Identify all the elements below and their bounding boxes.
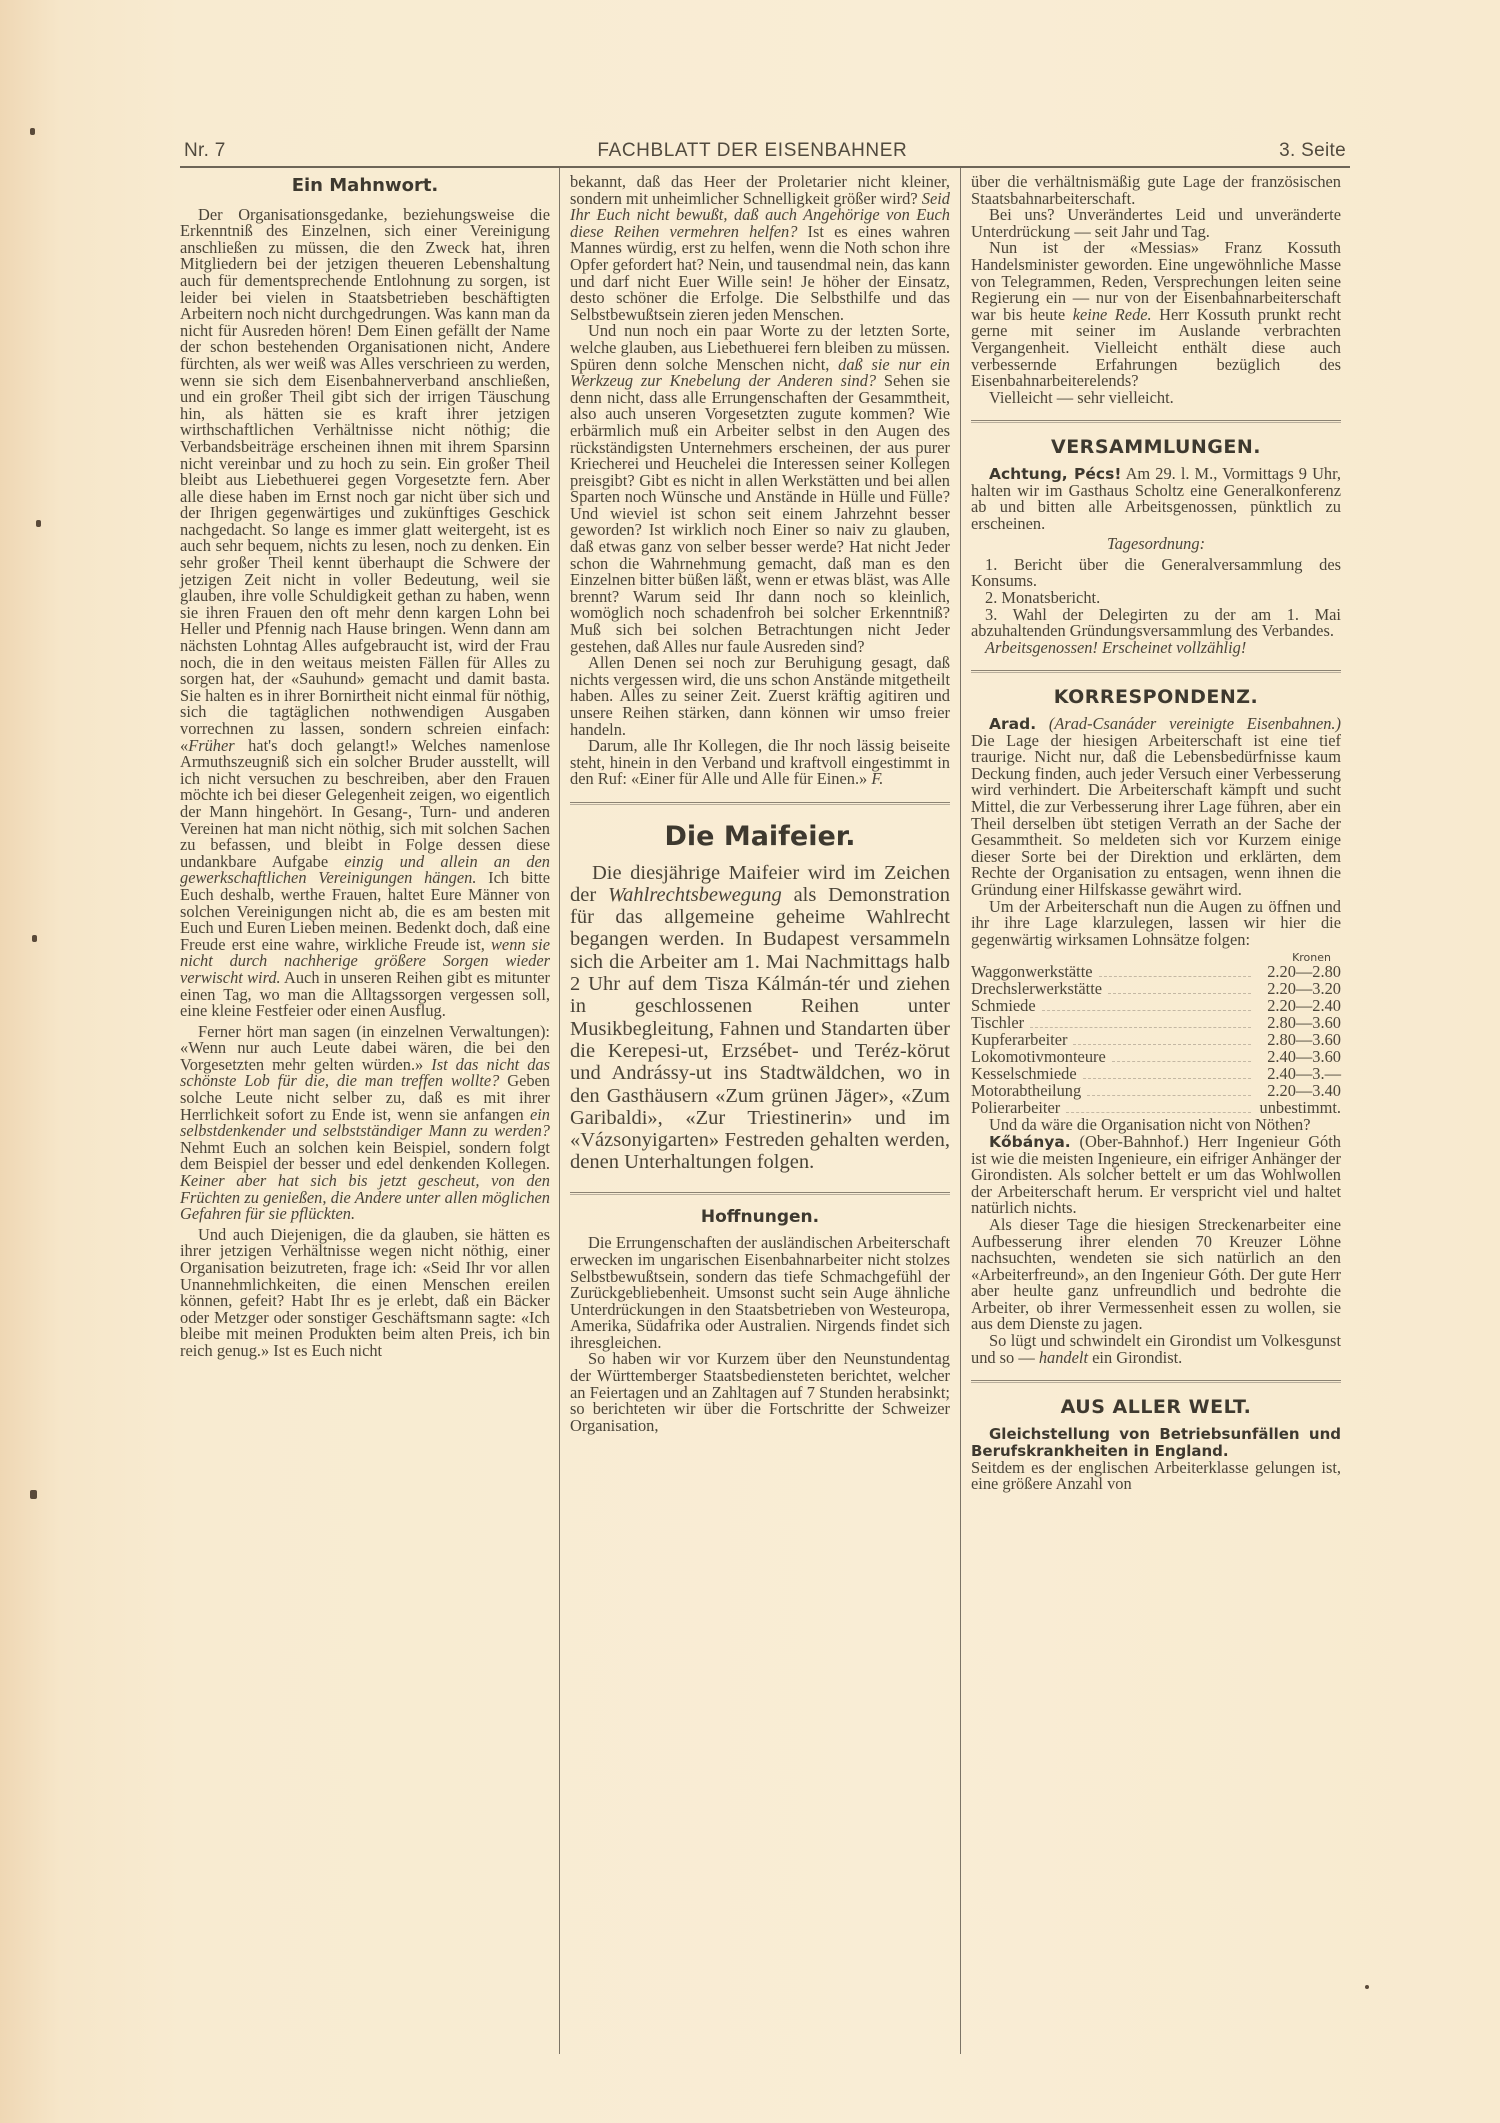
section-title-aus-aller-welt: AUS ALLER WELT. xyxy=(971,1399,1341,1416)
column-right: über die verhältnismäßig gute Lage der f… xyxy=(961,168,1341,2069)
correspondence-paragraph: Kőbánya. (Ober-Bahnhof.) Herr Ingenieur … xyxy=(971,1134,1341,1217)
publication-title: FACHBLATT DER EISENBAHNER xyxy=(597,140,907,162)
article-paragraph: Allen Denen sei noch zur Beruhigung gesa… xyxy=(570,655,950,738)
article-paragraph: Der Organisationsgedanke, beziehungsweis… xyxy=(180,207,550,1020)
article-paragraph: Nun ist der «Messias» Franz Kossuth Hand… xyxy=(971,240,1341,389)
article-title-mahnwort: Ein Mahnwort. xyxy=(180,178,550,195)
margin-speck xyxy=(32,935,37,942)
correspondence-paragraph: Um der Arbeiterschaft nun die Augen zu ö… xyxy=(971,899,1341,949)
margin-speck xyxy=(1365,1985,1369,1989)
notice-paragraph: Achtung, Pécs! Am 29. l. M., Vormittags … xyxy=(971,466,1341,532)
article-paragraph: bekannt, daß das Heer der Proletarier ni… xyxy=(570,174,950,323)
agenda-title: Tagesordnung: xyxy=(971,536,1341,553)
agenda-list: 1. Bericht über die Generalversammlung d… xyxy=(971,557,1341,657)
column-left: Ein Mahnwort. Der Organisationsgedanke, … xyxy=(180,168,559,2079)
margin-speck xyxy=(36,520,41,527)
issue-number: Nr. 7 xyxy=(184,140,226,162)
article-title-maifeier: Die Maifeier. xyxy=(570,829,950,846)
newspaper-page: Nr. 7 FACHBLATT DER EISENBAHNER 3. Seite… xyxy=(180,140,1350,2079)
columns: Ein Mahnwort. Der Organisationsgedanke, … xyxy=(180,168,1350,2079)
column-middle: bekannt, daß das Heer der Proletarier ni… xyxy=(559,168,961,2054)
article-paragraph: Ferner hört man sagen (in einzelnen Verw… xyxy=(180,1024,550,1223)
article-paragraph: So haben wir vor Kurzem über den Neunstu… xyxy=(570,1351,950,1434)
wage-table: Kronen Waggonwerkstätte2.20—2.80 Drechsl… xyxy=(971,952,1341,1117)
correspondence-paragraph: Als dieser Tage die hiesigen Streckenarb… xyxy=(971,1217,1341,1333)
article-paragraph: Die diesjährige Maifeier wird im Zeichen… xyxy=(570,862,950,1174)
author-signature: F. xyxy=(871,769,883,788)
agenda-item: 3. Wahl der Delegirten zu der am 1. Mai … xyxy=(971,607,1341,640)
article-paragraph: Darum, alle Ihr Kollegen, die Ihr noch l… xyxy=(570,738,950,788)
article-title-hoffnungen: Hoffnungen. xyxy=(570,1209,950,1226)
section-divider xyxy=(971,1380,1341,1383)
news-subheading: Gleichstellung von Betriebsunfällen und … xyxy=(971,1426,1341,1460)
article-paragraph: Vielleicht — sehr vielleicht. xyxy=(971,390,1341,407)
section-divider xyxy=(971,670,1341,673)
section-title-versammlungen: VERSAMMLUNGEN. xyxy=(971,439,1341,456)
section-title-korrespondenz: KORRESPONDENZ. xyxy=(971,689,1341,706)
correspondence-paragraph: Arad. (Arad-Csanáder vereinigte Eisenbah… xyxy=(971,716,1341,899)
margin-speck xyxy=(30,1490,37,1499)
agenda-item: 1. Bericht über die Generalversammlung d… xyxy=(971,557,1341,590)
article-paragraph: Und nun noch ein paar Worte zu der letzt… xyxy=(570,323,950,655)
margin-speck xyxy=(30,128,35,135)
article-paragraph: Die Errungenschaften der ausländischen A… xyxy=(570,1235,950,1351)
news-paragraph: Seitdem es der englischen Arbeiterklasse… xyxy=(971,1460,1341,1493)
section-divider xyxy=(971,420,1341,423)
article-paragraph: über die verhältnismäßig gute Lage der f… xyxy=(971,174,1341,207)
section-divider xyxy=(570,802,950,805)
page-number: 3. Seite xyxy=(1279,140,1346,162)
article-paragraph: Und auch Diejenigen, die da glauben, sie… xyxy=(180,1227,550,1360)
running-header: Nr. 7 FACHBLATT DER EISENBAHNER 3. Seite xyxy=(180,140,1350,168)
article-paragraph: Bei uns? Unverändertes Leid und unveränd… xyxy=(971,207,1341,240)
correspondence-paragraph: So lügt und schwindelt ein Girondist um … xyxy=(971,1333,1341,1366)
agenda-closing: Arbeitsgenossen! Erscheinet vollzählig! xyxy=(971,640,1341,657)
section-divider xyxy=(570,1192,950,1195)
